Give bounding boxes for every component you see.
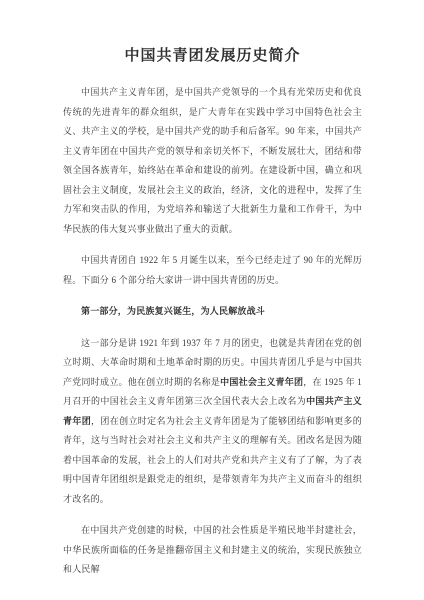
text-run: 在中国共产党创建的时候，中国的社会性质是半殖民地半封建社会，中华民族所面临的任务… [63,525,362,574]
text-run: 中国共青团自 1922 年 5 月诞生以来，至今已经走过了 90 年的光辉历程。… [63,255,362,285]
document-body: 中国共产主义青年团，是中国共产党领导的一个具有光荣历史和优良传统的先进青年的群众… [63,83,362,580]
paragraph: 在中国共产党创建的时候，中国的社会性质是半殖民地半封建社会，中华民族所面临的任务… [63,521,362,580]
document-title: 中国共青团发展历史简介 [63,46,362,66]
text-run: 中国共产主义青年团，是中国共产党领导的一个具有光荣历史和优良传统的先进青年的群众… [63,87,362,234]
bold-text-run: 中国社会主义青年团 [220,377,303,387]
section-heading: 第一部分，为民族复兴诞生，为人民解放战斗 [63,302,362,322]
bold-text-run: 第一部分，为民族复兴诞生，为人民解放战斗 [81,306,265,316]
document-page: 中国共青团发展历史简介 中国共产主义青年团，是中国共产党领导的一个具有光荣历史和… [0,0,424,600]
paragraph: 中国共产主义青年团，是中国共产党领导的一个具有光荣历史和优良传统的先进青年的群众… [63,83,362,239]
paragraph: 中国共青团自 1922 年 5 月诞生以来，至今已经走过了 90 年的光辉历程。… [63,251,362,290]
paragraph: 这一部分是讲 1921 年到 1937 年 7 月的团史，也就是共青团在党的创立… [63,334,362,510]
text-run: ，团在创立时定名为社会主义青年团是为了能够团结和影响更多的青年，这与当时社会对社… [63,416,362,504]
